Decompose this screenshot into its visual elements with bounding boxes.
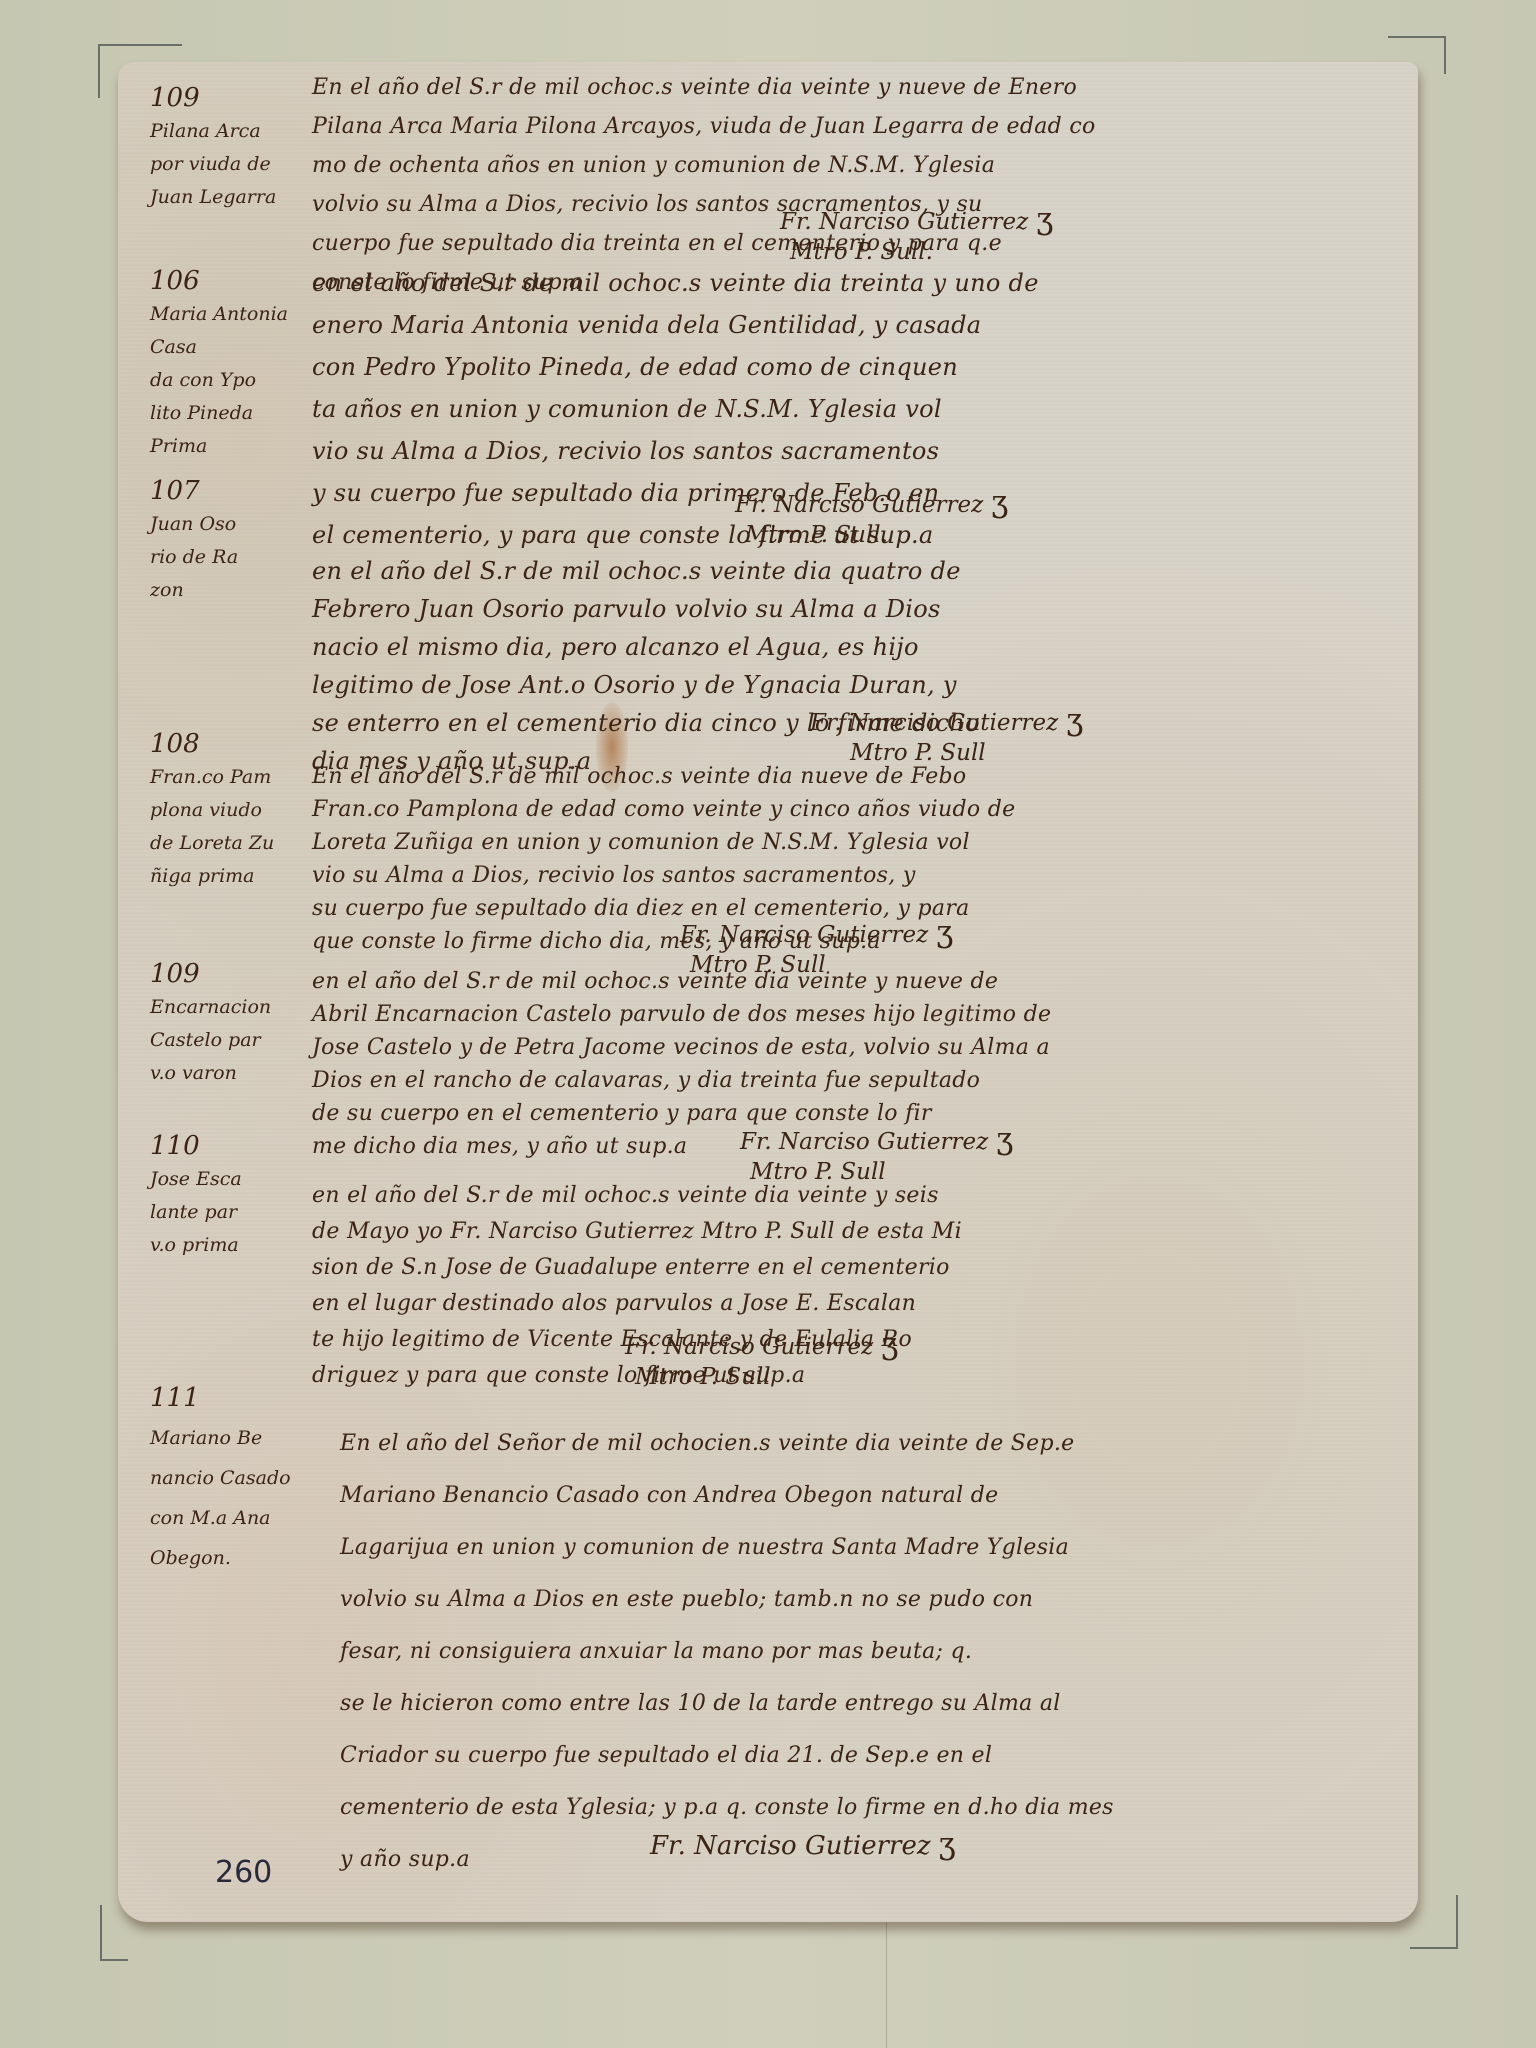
entry-line: Febrero Juan Osorio parvulo volvio su Al…: [312, 590, 1372, 628]
entry-number: 106: [150, 265, 320, 298]
signature-block: Fr. Narciso Gutierrezʒ Mtro P. Sull.: [735, 488, 1008, 550]
rubric-flourish-icon: ʒ: [996, 1122, 1013, 1157]
entry-line: En el año del Señor de mil ochocien.s ve…: [340, 1418, 1400, 1470]
signature-title: Mtro P. Sull.: [735, 522, 888, 548]
entry-margin-note: 110 Jose Esca lante par v.o prima: [150, 1130, 320, 1262]
margin-line: lante par: [150, 1201, 237, 1223]
margin-line: Prima: [150, 435, 207, 457]
entry-line: en el lugar destinado alos parvulos a Jo…: [312, 1286, 1372, 1322]
corner-mark-bottom-left: [100, 1905, 128, 1961]
entry-line: legitimo de Jose Ant.o Osorio y de Ygnac…: [312, 666, 1372, 704]
rubric-flourish-icon: ʒ: [991, 485, 1008, 520]
entry-line: con Pedro Ypolito Pineda, de edad como d…: [312, 346, 1372, 388]
signature-name: Fr. Narciso Gutierrez: [740, 1129, 988, 1155]
margin-line: Obegon.: [150, 1547, 231, 1569]
signature-title: Mtro P. Sull: [625, 1364, 771, 1390]
margin-line: ñiga prima: [150, 865, 255, 887]
entry-text: En el año del Señor de mil ochocien.s ve…: [340, 1418, 1400, 1886]
entry-line: ta años en union y comunion de N.S.M. Yg…: [312, 388, 1372, 430]
entry-line: Mariano Benancio Casado con Andrea Obego…: [340, 1470, 1400, 1522]
entry-line: Jose Castelo y de Petra Jacome vecinos d…: [312, 1031, 1372, 1064]
margin-line: plona viudo: [150, 799, 262, 821]
rubric-flourish-icon: ʒ: [1066, 703, 1083, 738]
signature-block: Fr. Narciso Gutierrezʒ Mtro P. Sull: [810, 706, 1083, 768]
entry-line: en el año del S.r de mil ochoc.s veinte …: [312, 965, 1372, 998]
entry-margin-note: 109 Pilana Arca por viuda de Juan Legarr…: [150, 82, 320, 214]
entry-margin-note: 108 Fran.co Pam plona viudo de Loreta Zu…: [150, 728, 320, 893]
margin-line: rio de Ra: [150, 546, 238, 568]
margin-line: v.o varon: [150, 1062, 237, 1084]
entry-line: nacio el mismo dia, pero alcanzo el Agua…: [312, 628, 1372, 666]
margin-line: Juan Oso: [150, 513, 236, 535]
board-fold-line: [886, 1920, 887, 2048]
entry-line: En el año del S.r de mil ochoc.s veinte …: [312, 68, 1372, 107]
signature-name: Fr. Narciso Gutierrez: [680, 922, 928, 948]
entry-number: 111: [150, 1378, 320, 1418]
signature-block: Fr. Narciso Gutierrezʒ: [650, 1830, 956, 1861]
entry-number: 109: [150, 958, 320, 991]
margin-line: lito Pineda: [150, 402, 253, 424]
rubric-flourish-icon: ʒ: [936, 915, 953, 950]
entry-number: 107: [150, 475, 320, 508]
margin-line: Maria Antonia Casa: [150, 303, 288, 358]
entry-line: se le hicieron como entre las 10 de la t…: [340, 1678, 1400, 1730]
margin-line: Castelo par: [150, 1029, 261, 1051]
entry-line: fesar, ni consiguiera anxuiar la mano po…: [340, 1626, 1400, 1678]
margin-line: Encarnacion: [150, 996, 271, 1018]
margin-line: Pilana Arca: [150, 120, 261, 142]
entry-line: Dios en el rancho de calavaras, y dia tr…: [312, 1064, 1372, 1097]
entry-line: de Mayo yo Fr. Narciso Gutierrez Mtro P.…: [312, 1214, 1372, 1250]
margin-line: nancio Casado: [150, 1467, 291, 1489]
entry-line: en el año del S.r de mil ochoc.s veinte …: [312, 552, 1372, 590]
entry-line: Fran.co Pamplona de edad como veinte y c…: [312, 793, 1372, 826]
folio-number: 260: [215, 1855, 272, 1890]
entry-line: Loreta Zuñiga en union y comunion de N.S…: [312, 826, 1372, 859]
entry-line: volvio su Alma a Dios en este pueblo; ta…: [340, 1574, 1400, 1626]
entry-number: 109: [150, 82, 320, 115]
margin-line: Fran.co Pam: [150, 766, 271, 788]
margin-line: zon: [150, 579, 184, 601]
entry-line: vio su Alma a Dios, recivio los santos s…: [312, 430, 1372, 472]
entry-line: cementerio de esta Yglesia; y p.a q. con…: [340, 1782, 1400, 1834]
entry-line: vio su Alma a Dios, recivio los santos s…: [312, 859, 1372, 892]
entry-line: En el año del S.r de mil ochoc.s veinte …: [312, 760, 1372, 793]
entry-line: Pilana Arca Maria Pilona Arcayos, viuda …: [312, 107, 1372, 146]
entry-line: en el año del S.r de mil ochoc.s veinte …: [312, 262, 1372, 304]
entry-margin-note: 109 Encarnacion Castelo par v.o varon: [150, 958, 320, 1090]
margin-line: v.o prima: [150, 1234, 239, 1256]
signature-name: Fr. Narciso Gutierrez: [780, 209, 1028, 235]
rubric-flourish-icon: ʒ: [881, 1327, 898, 1362]
entry-line: en el año del S.r de mil ochoc.s veinte …: [312, 1178, 1372, 1214]
signature-block: Fr. Narciso Gutierrezʒ Mtro P. Sull.: [780, 205, 1053, 267]
entry-margin-note: 106 Maria Antonia Casa da con Ypo lito P…: [150, 265, 320, 463]
margin-line: de Loreta Zu: [150, 832, 274, 854]
signature-name: Fr. Narciso Gutierrez: [625, 1334, 873, 1360]
margin-line: Jose Esca: [150, 1168, 242, 1190]
entry-line: enero Maria Antonia venida dela Gentilid…: [312, 304, 1372, 346]
margin-line: Mariano Be: [150, 1427, 262, 1449]
rubric-flourish-icon: ʒ: [1036, 202, 1053, 237]
signature-block: Fr. Narciso Gutierrezʒ Mtro P. Sull: [625, 1330, 898, 1392]
corner-mark-bottom-right: [1410, 1895, 1458, 1949]
margin-line: Juan Legarra: [150, 186, 276, 208]
signature-name: Fr. Narciso Gutierrez: [650, 1831, 931, 1861]
signature-name: Fr. Narciso Gutierrez: [735, 492, 983, 518]
entry-line: sion de S.n Jose de Guadalupe enterre en…: [312, 1250, 1372, 1286]
margin-line: da con Ypo: [150, 369, 256, 391]
signature-name: Fr. Narciso Gutierrez: [810, 710, 1058, 736]
margin-line: con M.a Ana: [150, 1507, 271, 1529]
entry-line: Criador su cuerpo fue sepultado el dia 2…: [340, 1730, 1400, 1782]
rubric-flourish-icon: ʒ: [939, 1827, 956, 1862]
entry-line: mo de ochenta años en union y comunion d…: [312, 146, 1372, 185]
entry-number: 110: [150, 1130, 320, 1163]
entry-margin-note: 107 Juan Oso rio de Ra zon: [150, 475, 320, 607]
entry-line: Lagarijua en union y comunion de nuestra…: [340, 1522, 1400, 1574]
entry-line: Abril Encarnacion Castelo parvulo de dos…: [312, 998, 1372, 1031]
entry-margin-note: 111 Mariano Be nancio Casado con M.a Ana…: [150, 1378, 320, 1578]
entry-number: 108: [150, 728, 320, 761]
margin-line: por viuda de: [150, 153, 271, 175]
